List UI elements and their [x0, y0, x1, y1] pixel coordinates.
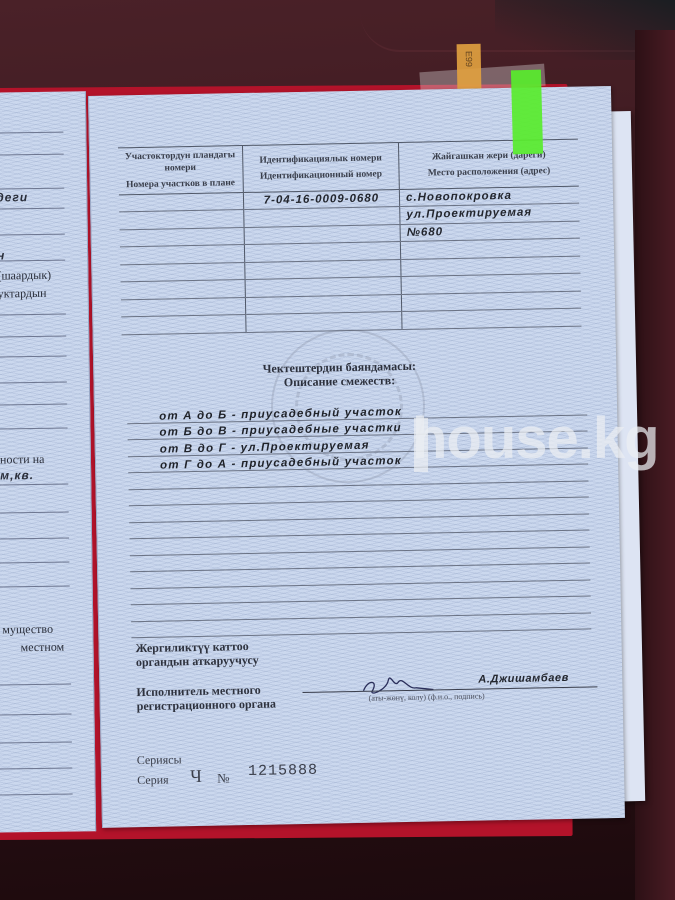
- table-cell: [402, 308, 582, 329]
- green-sticky-tab: [511, 70, 543, 155]
- left-fragment: местном: [20, 640, 64, 656]
- left-fragment: ности на: [0, 452, 45, 468]
- col-header-id-number: Идентификациялык номери Идентификационны…: [242, 143, 399, 193]
- left-fragment: муществo: [2, 622, 53, 638]
- signature-caption: (аты-жөнү, колу) (ф.и.о., подпись): [369, 691, 485, 702]
- series-number: 1215888: [248, 762, 318, 780]
- series-letter: Ч: [190, 766, 202, 787]
- orange-tab-label: E99: [464, 51, 474, 67]
- left-page: деги н (шаардык) уктардын ности на м,кв.…: [0, 91, 96, 832]
- left-fragment: деги: [0, 190, 28, 204]
- table-cell: [245, 312, 402, 332]
- left-fragment: (шаардык): [0, 268, 51, 284]
- table-cell: [121, 315, 246, 335]
- left-fragment: м,кв.: [0, 468, 34, 482]
- series-label-ky: Сериясы: [137, 752, 182, 768]
- registrar-label-ru: Исполнитель местного регистрационного ор…: [136, 683, 276, 714]
- adjacency-title: Чектештердин баяндамасы: Описание смежес…: [244, 359, 434, 390]
- parcel-table: Участоктордун пландагы номери Номера уча…: [118, 139, 582, 335]
- col-header-address: Жайгашкан жери (дареги) Место расположен…: [399, 139, 579, 189]
- registrar-label-ky: Жергиликтүү каттоо органдын аткаруучусу: [135, 639, 258, 670]
- orange-sticky-tab: E99: [457, 44, 482, 92]
- left-fragment: н: [0, 248, 5, 262]
- col-header-plan-number: Участоктордун пландагы номери Номера уча…: [118, 146, 243, 195]
- series-label-ru: Серия: [137, 773, 169, 789]
- number-sign: №: [217, 770, 230, 786]
- signer-name: А.Джишамбаев: [478, 672, 569, 686]
- watermark-logo: house.kg: [412, 405, 659, 472]
- left-fragment: уктардын: [0, 286, 47, 302]
